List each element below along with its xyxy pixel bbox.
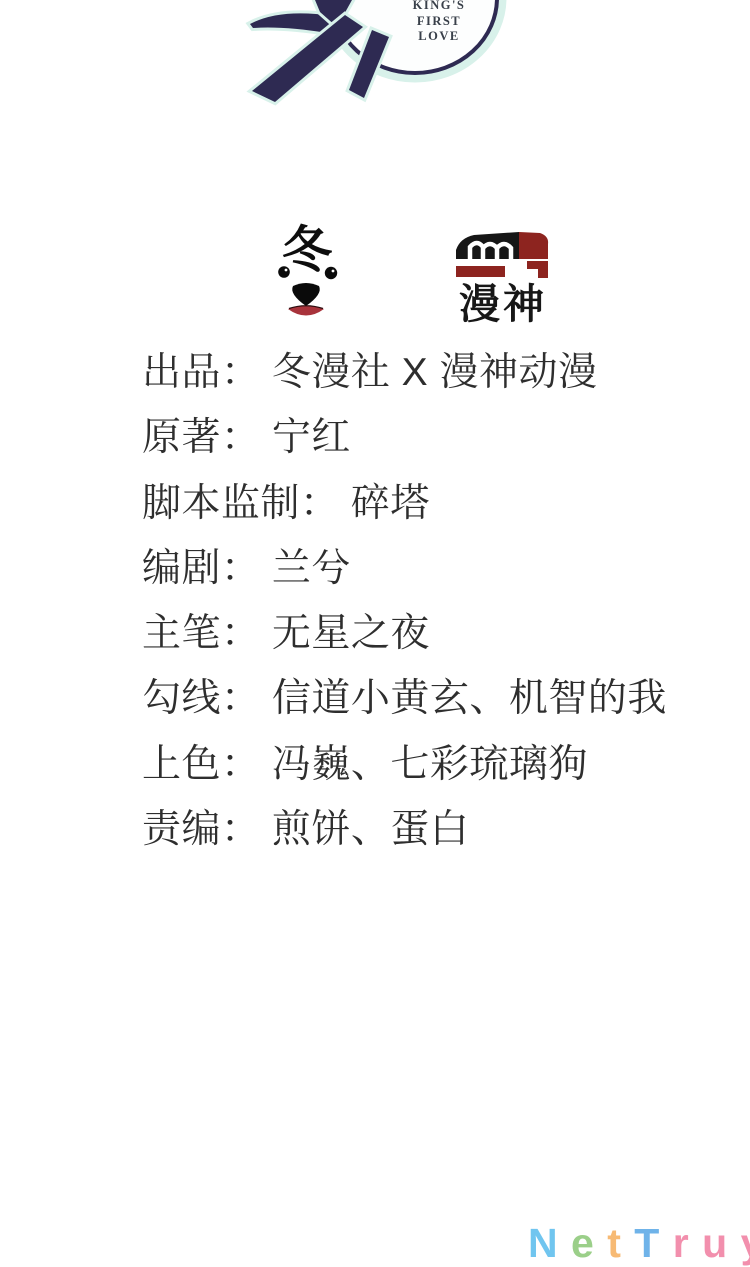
credit-line-editor: 责编： 煎饼、蛋白 [142, 806, 702, 871]
credit-line-lead-artist: 主笔： 无星之夜 [142, 610, 702, 675]
watermark-letter: t [607, 1221, 622, 1265]
watermark-letter: u [702, 1221, 728, 1265]
credit-line-script-supervisor: 脚本监制： 碎塔 [142, 480, 702, 545]
series-subtitle: KING'S FIRST LOVE [403, 0, 475, 45]
watermark-letter: e [571, 1221, 595, 1265]
credit-line-lineart: 勾线： 信道小黄玄、机智的我 [142, 675, 702, 740]
credit-line-screenwriter: 编剧： 兰兮 [142, 545, 702, 610]
watermark-letter: T [634, 1221, 660, 1265]
watermark-letter: r [673, 1221, 690, 1265]
nettruyen-watermark: N e t T r u y e n [528, 1221, 750, 1265]
subtitle-line-2: FIRST [403, 14, 475, 30]
manshen-mark-red-part [519, 232, 548, 259]
manshen-wordmark: 漫神 [455, 282, 551, 326]
dog-nose-icon [292, 283, 320, 306]
credits-list: 出品： 冬漫社 X 漫神动漫 原著： 宁红 脚本监制： 碎塔 编剧： 兰兮 主笔… [142, 349, 702, 871]
credit-line-publisher: 出品： 冬漫社 X 漫神动漫 [142, 349, 702, 414]
watermark-letter: y [741, 1221, 750, 1265]
credit-line-coloring: 上色： 冯巍、七彩琉璃狗 [142, 741, 702, 806]
watermark-letter: N [528, 1221, 559, 1265]
subtitle-line-1: KING'S [403, 0, 475, 14]
manshen-mark-red-bar [456, 266, 505, 277]
dongmanshe-winter-glyph: 冬 [280, 222, 334, 278]
manga-credits-page: KING'S FIRST LOVE 冬 漫神 出品： 冬漫社 X 漫神动漫 原著… [0, 0, 750, 1267]
manshen-mark-icon [456, 232, 548, 278]
credit-line-original-author: 原著： 宁红 [142, 414, 702, 479]
subtitle-line-3: LOVE [403, 29, 475, 45]
manshen-mark-red-hook [527, 261, 548, 278]
